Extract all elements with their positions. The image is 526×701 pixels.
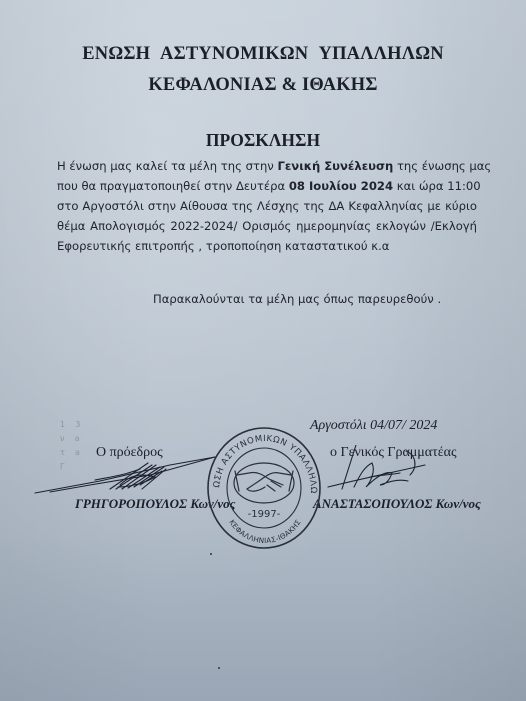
speck	[210, 553, 212, 555]
paragraph-line-5: Εφορευτικής επιτροπής , τροποποίηση κατα…	[57, 236, 477, 256]
paragraph-line-4: θέμα Απολογισμός 2022-2024/ Ορισμός ημερ…	[57, 216, 477, 236]
place-and-date: Αργοστόλι 04/07/ 2024	[310, 418, 437, 434]
document-title: ΠΡΟΣΚΛΗΣΗ	[0, 130, 526, 151]
handshake-icon	[234, 463, 294, 503]
speck	[218, 667, 220, 669]
closing-sentence: Παρακαλούνται τα μέλη μας όπως παρευρεθο…	[153, 292, 441, 306]
secretary-signature	[320, 445, 440, 497]
paragraph-line-1: Η ένωση μας καλεί τα μέλη της στην Γενικ…	[57, 156, 477, 176]
organization-region: ΚΕΦΑΛΟΝΙΑΣ & ΙΘΑΚΗΣ	[0, 75, 526, 96]
association-stamp: ΕΝΩΣΗ ΑΣΤΥΝΟΜΙΚΩΝ ΥΠΑΛΛΗΛΩΝ ΚΕΦΑΛΛΗΝΙΑΣ-…	[205, 425, 323, 551]
paper-shading	[0, 0, 526, 701]
organization-name: ΕΝΩΣΗ ΑΣΤΥΝΟΜΙΚΩΝ ΥΠΑΛΛΗΛΩΝ	[0, 44, 526, 65]
president-signature	[30, 455, 230, 500]
secretary-name: ΑΝΑΣΤΑΣΟΠΟΥΛΟΣ Κων/νος	[313, 496, 481, 512]
paragraph-line-3: στο Αργοστόλι στην Αίθουσα της Λέσχης τη…	[57, 196, 477, 216]
event-date: 08 Ιουλίου 2024	[289, 179, 393, 193]
paragraph-line-2: που θα πραγματοποιηθεί στην Δευτέρα 08 Ι…	[57, 176, 477, 196]
stamp-year: -1997-	[248, 509, 281, 520]
invitation-paragraph: Η ένωση μας καλεί τα μέλη της στην Γενικ…	[57, 156, 477, 256]
event-name: Γενική Συνέλευση	[277, 159, 393, 173]
